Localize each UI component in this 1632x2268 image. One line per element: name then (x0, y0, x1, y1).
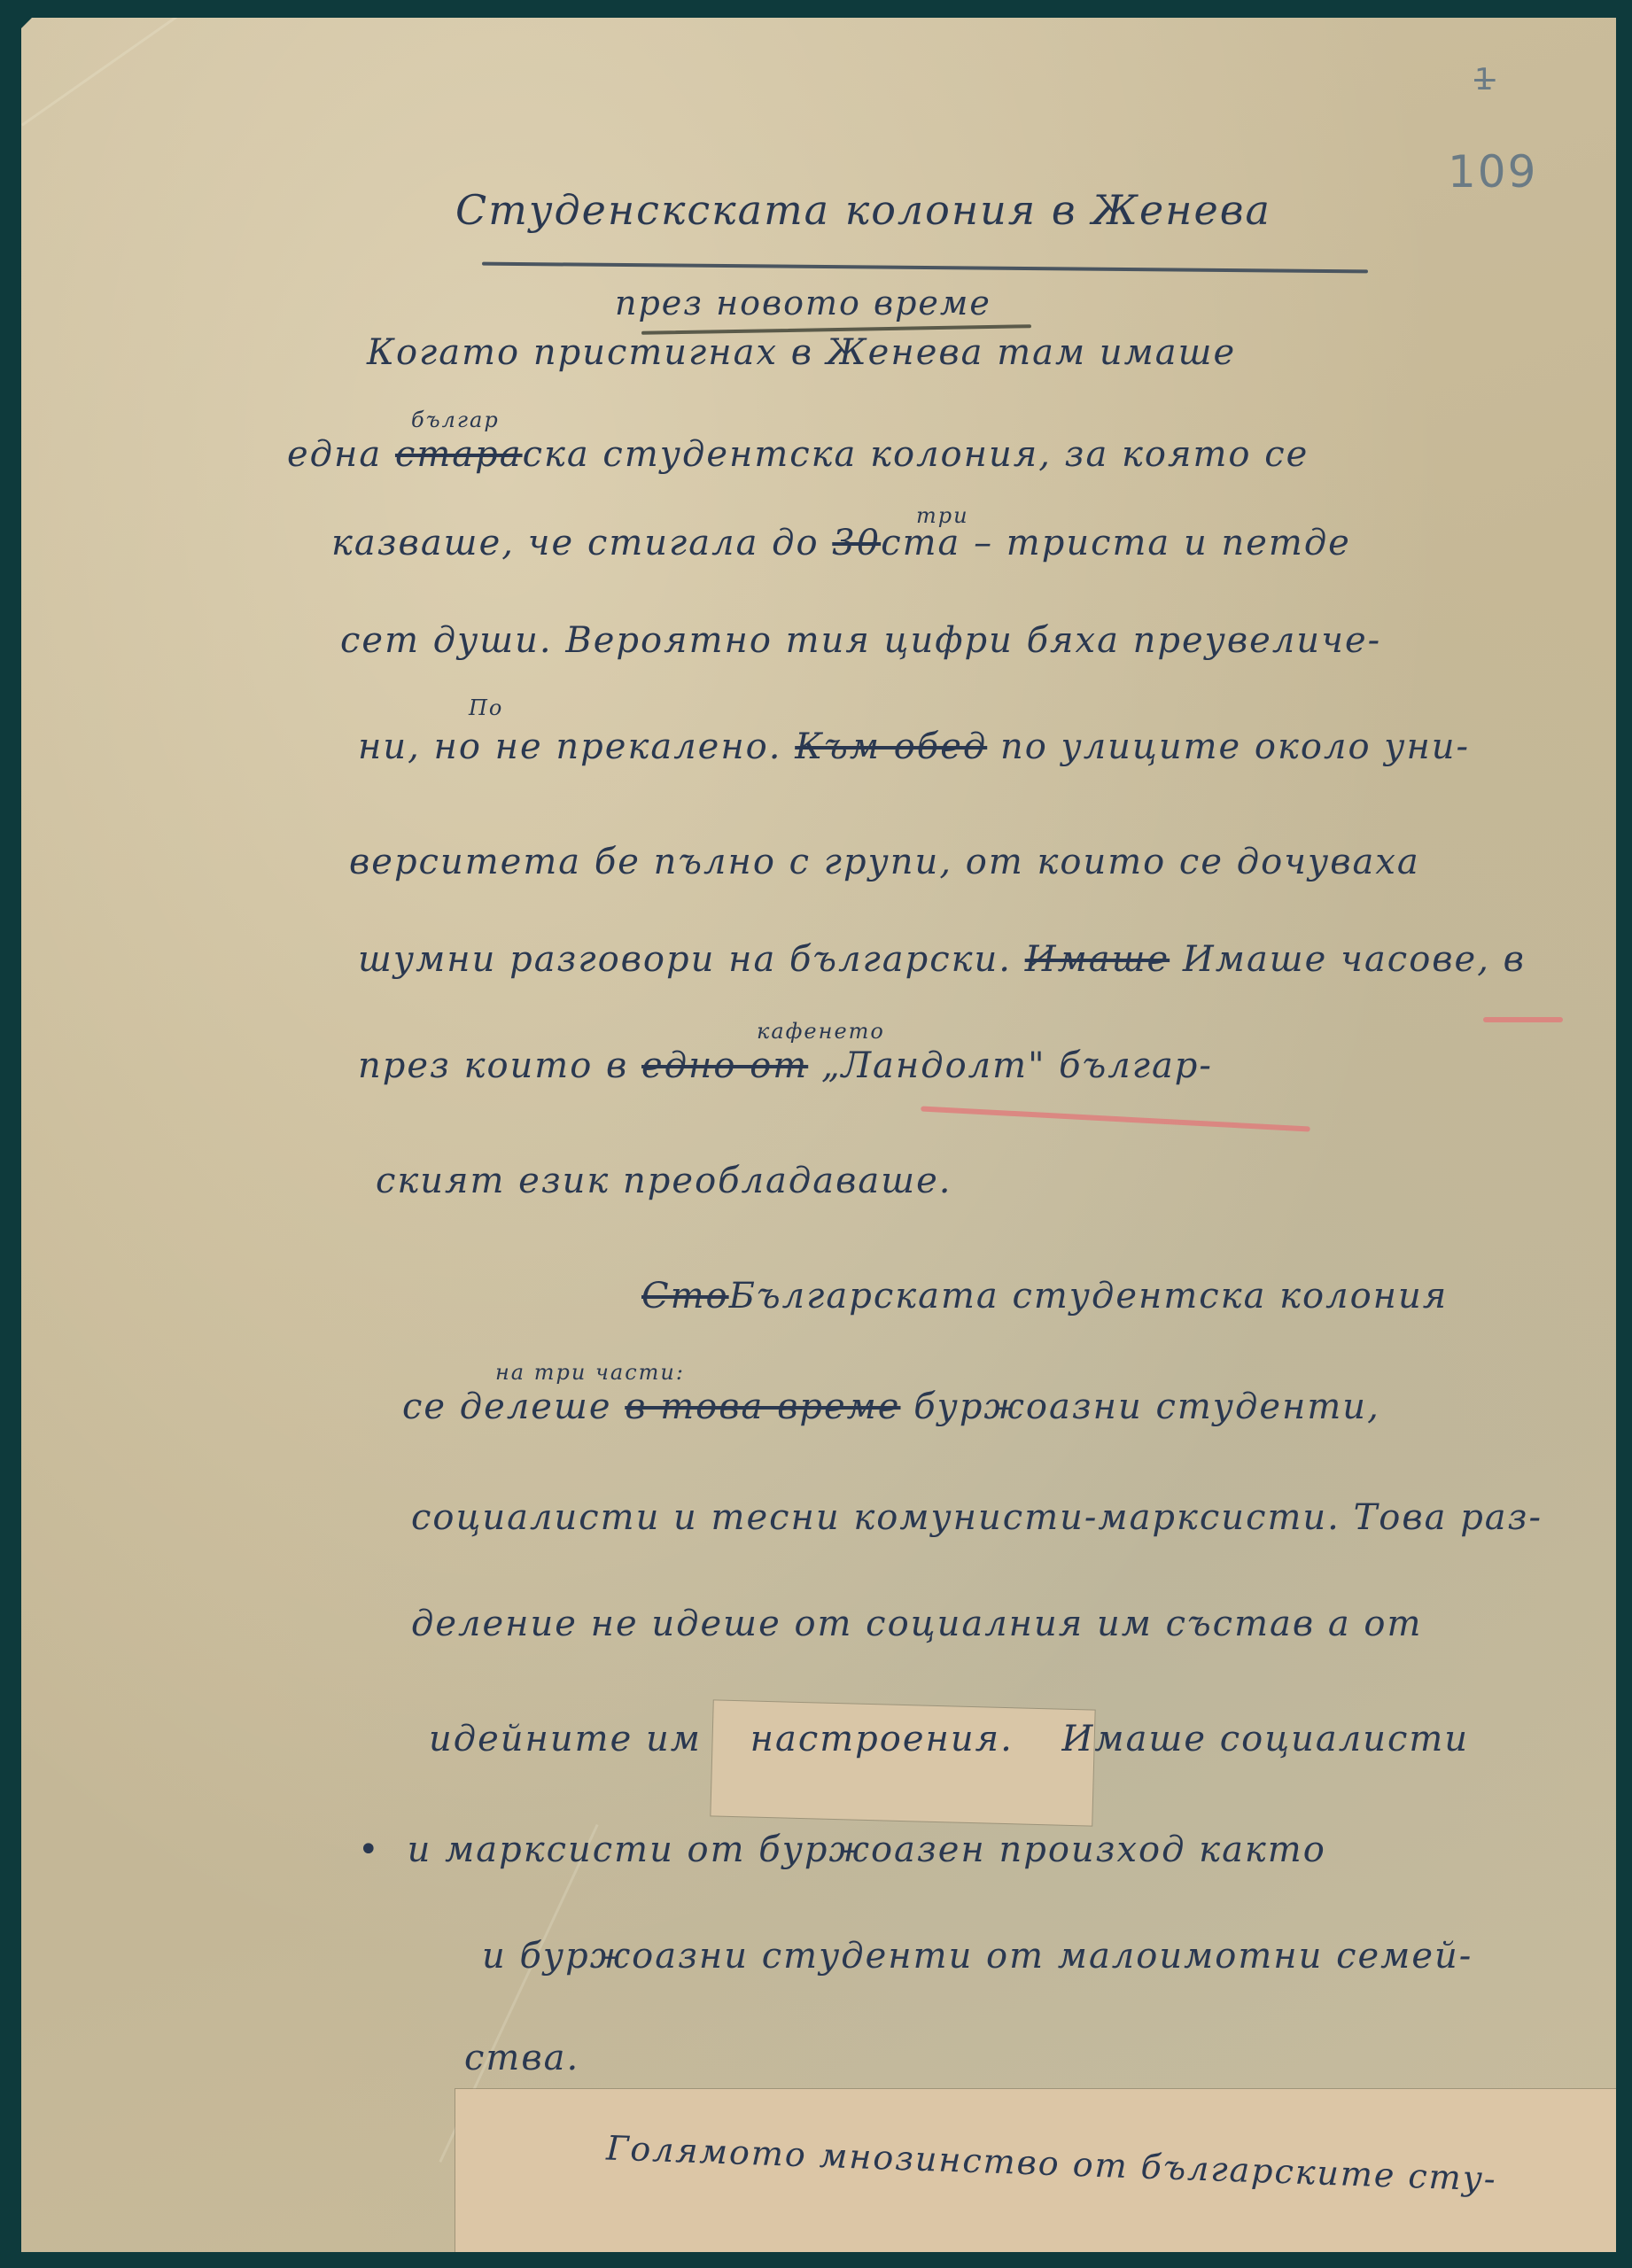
red-pencil-mark (921, 1106, 1310, 1131)
text-line: деление не идеше от социалния им състав … (411, 1604, 1422, 1644)
text-fragment: шумни разговори на български. (358, 939, 1012, 980)
page-title: Студенcкската колония в Женева (455, 186, 1271, 234)
manuscript-page: 1 109 Студенcкската колония в Женева пре… (21, 18, 1616, 2252)
text-fragment: ска студентска колония, за която се (523, 434, 1309, 475)
text-fragment: Имаше часове, в (1183, 939, 1526, 980)
deleted-text: Имаше (1025, 939, 1170, 980)
text-line: ни, но не прекалено. Към обед по улиците… (358, 726, 1470, 767)
text-line: •и марксисти от буржоазен произход както (358, 1829, 1326, 1870)
text-line: СтоБългарската студентска колония (641, 1276, 1448, 1317)
inserted-text: българ (411, 408, 500, 432)
page-subtitle: през новото време (615, 283, 991, 322)
text-line: идейните им настроения. Имаше социалисти (429, 1719, 1469, 1759)
archive-page-number: 109 (1448, 146, 1537, 198)
inserted-text: По (469, 695, 503, 720)
crossed-page-number: 1 (1474, 62, 1496, 97)
text-line: се делеше в това време буржоазни студент… (402, 1386, 1380, 1427)
title-underline (482, 262, 1368, 274)
deleted-text: 30 (832, 523, 881, 563)
deleted-text: едно от (641, 1045, 808, 1086)
text-fragment: се делеше (402, 1386, 612, 1427)
text-fragment: идейните им (429, 1719, 702, 1759)
text-fragment: „Ландолт" българ- (821, 1045, 1213, 1086)
text-line: ства. (464, 2038, 579, 2078)
text-fragment: и марксисти от буржоазен произход както (408, 1829, 1326, 1870)
text-fragment: през които в (358, 1045, 628, 1086)
text-line: социалисти и тесни комунисти-марксисти. … (411, 1497, 1543, 1538)
deleted-text: в това време (625, 1386, 900, 1427)
text-line: Когато пристигнах в Женева там имаше (367, 332, 1236, 373)
inserted-text: на три части: (495, 1360, 685, 1385)
text-line: шумни разговори на български. Имаше Имаш… (358, 939, 1526, 980)
text-fragment: казваше, че стигала до (331, 523, 820, 563)
text-line: верситета бе пълно с групи, от които се … (349, 842, 1420, 882)
paper-fold (21, 0, 1620, 126)
text-fragment: ста – триста и петде (881, 523, 1351, 563)
text-line: сет души. Вероятно тия цифри бяха преуве… (340, 620, 1381, 661)
text-fragment: буржоазни студенти, (913, 1386, 1380, 1427)
text-line: през които в едно от „Ландолт" българ- (358, 1045, 1213, 1086)
text-fragment: по улиците около уни- (1000, 726, 1470, 767)
red-pencil-mark (1483, 1017, 1563, 1022)
slip-text: настроения. (750, 1719, 1014, 1759)
text-line: ският език преобладаваше. (376, 1161, 952, 1201)
deleted-text: Към обед (795, 726, 987, 767)
text-fragment: Имаше социалисти (1062, 1719, 1470, 1759)
inserted-text: кафенето (757, 1019, 885, 1044)
text-line: казваше, че стигала до 30ста – триста и … (331, 523, 1351, 563)
inserted-text: три (916, 503, 969, 528)
deleted-text: стара (395, 434, 523, 475)
text-line: и буржоазни студенти от малоимотни семей… (482, 1936, 1473, 1977)
text-line: една стараска студентска колония, за коя… (287, 434, 1309, 475)
text-fragment: ни, но не прекалено. (358, 726, 781, 767)
text-fragment: една (287, 434, 382, 475)
text-fragment: Българската студентска колония (729, 1276, 1449, 1317)
deleted-text: Сто (641, 1276, 729, 1317)
